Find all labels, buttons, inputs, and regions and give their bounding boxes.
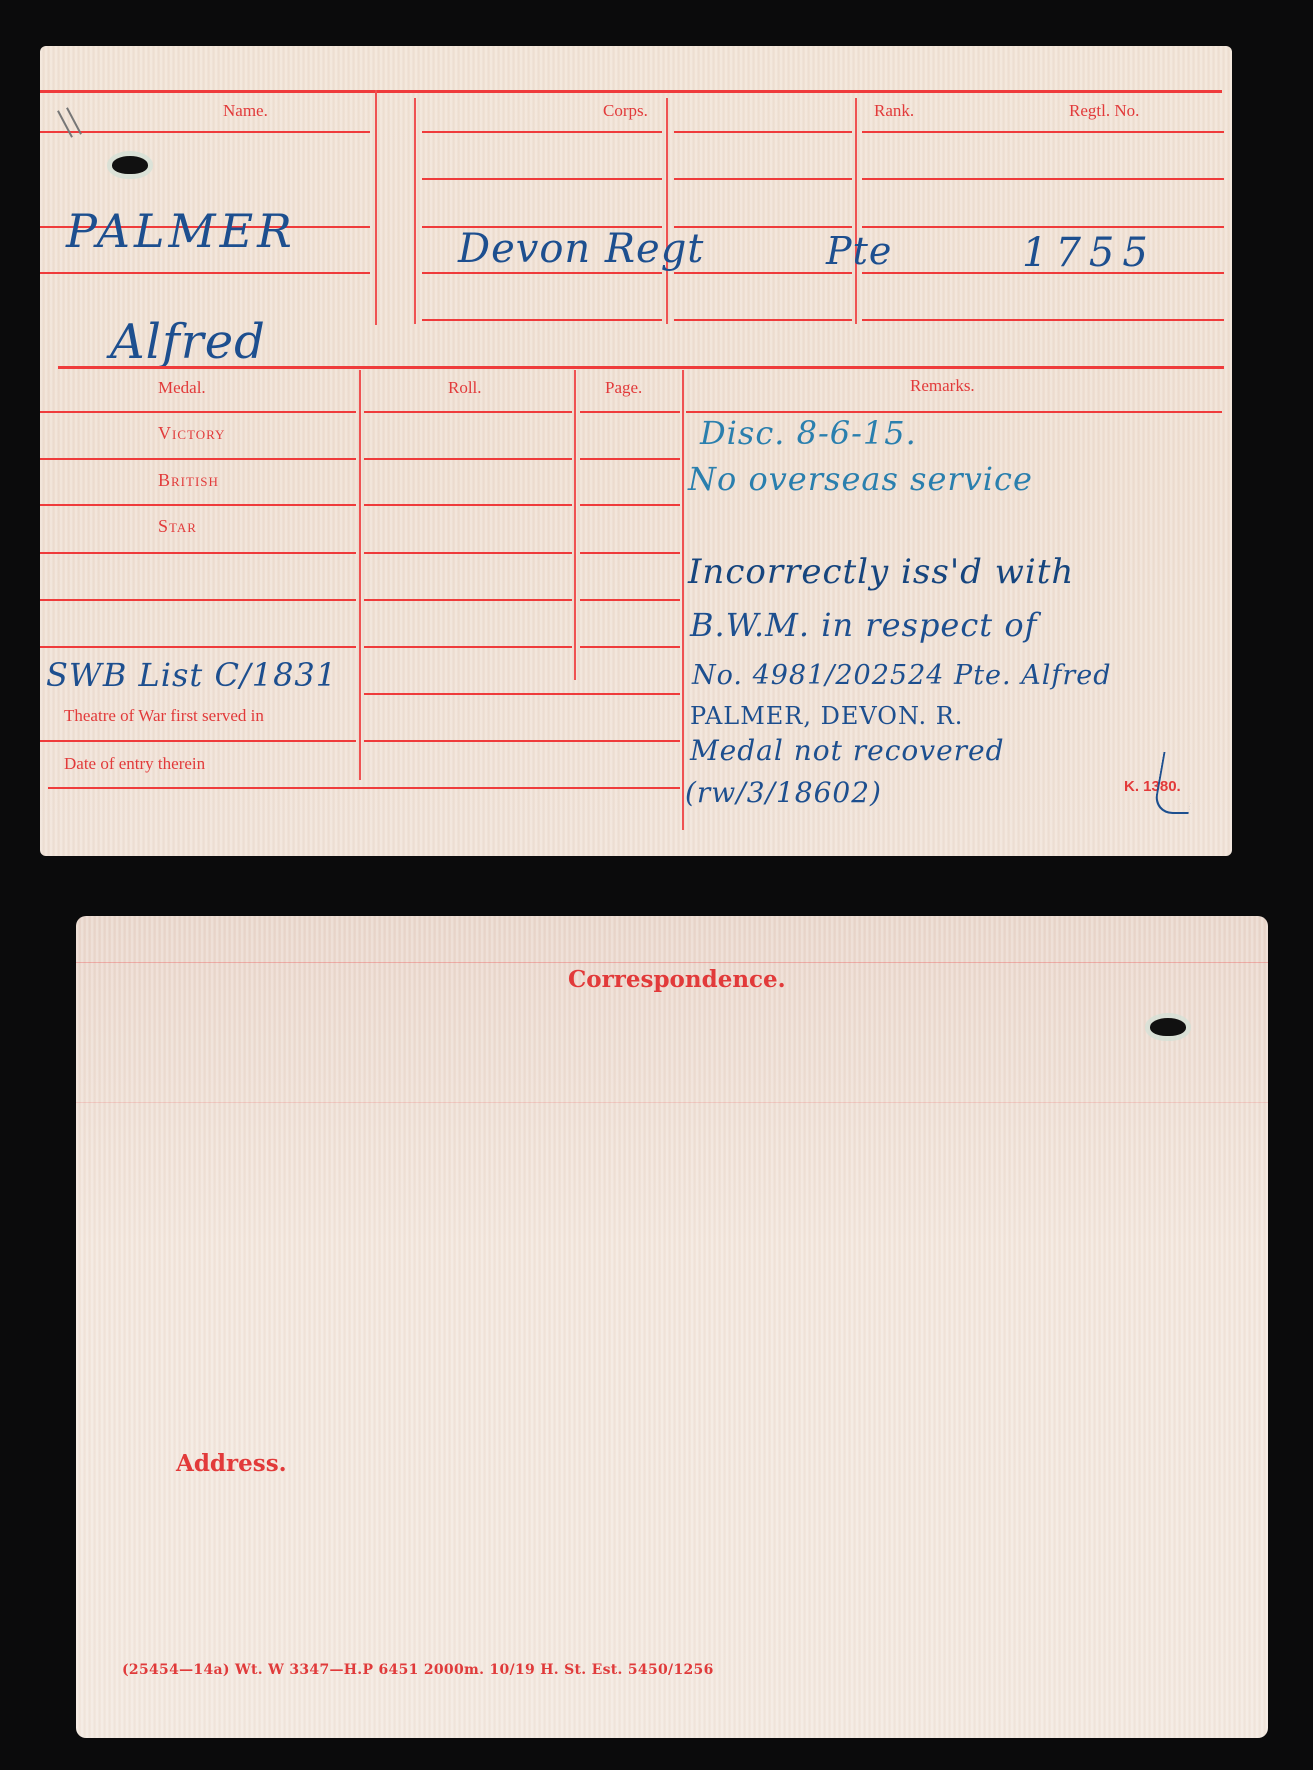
theatre-label: Theatre of War first served in [64, 706, 264, 726]
medal-label: Medal. [158, 378, 206, 398]
rank-label: Rank. [874, 101, 914, 121]
divider [375, 90, 377, 325]
regt-no-label: Regtl. No. [1069, 101, 1139, 121]
medal-british: British [158, 470, 219, 491]
remarks-line-1: Disc. 8-6-15. [700, 414, 917, 452]
date-entry-label: Date of entry therein [64, 754, 205, 774]
medal-card-back: Correspondence. Address. (25454—14a) Wt.… [76, 916, 1268, 1738]
rank-divider [666, 98, 668, 324]
remarks-line-5: No. 4981/202524 Pte. Alfred [692, 660, 1112, 691]
medal-victory: Victory [158, 423, 225, 444]
top-rule [40, 90, 1222, 93]
remarks-line-2: No overseas service [688, 460, 1033, 498]
remarks-label: Remarks. [910, 376, 975, 396]
initials-signature [1153, 752, 1200, 814]
corps-entry: Devon Regt [458, 226, 704, 272]
roll-label: Roll. [448, 378, 482, 398]
corps-label: Corps. [603, 101, 648, 121]
regt-divider [855, 98, 857, 324]
page-label: Page. [605, 378, 642, 398]
address-label: Address. [176, 1450, 287, 1477]
rank-entry: Pte [826, 229, 892, 273]
punch-hole-back [1150, 1018, 1186, 1036]
remarks-line-6: PALMER, DEVON. R. [690, 702, 963, 730]
medal-star: Star [158, 516, 197, 537]
medal-card-front: Name. Corps. Rank. Regtl. No. PALMER Alf… [40, 46, 1232, 856]
remarks-line-8: (rw/3/18602) [685, 776, 882, 809]
remarks-line-4: B.W.M. in respect of [690, 606, 1037, 644]
list-reference-entry: SWB List C/1831 [46, 656, 337, 694]
corps-divider [414, 98, 416, 324]
name-label: Name. [223, 101, 268, 121]
remarks-line-3: Incorrectly iss'd with [688, 552, 1074, 592]
forename-entry: Alfred [110, 314, 266, 370]
medal-section-rule [58, 366, 1224, 369]
correspondence-title: Correspondence. [568, 966, 786, 993]
remarks-line-7: Medal not recovered [690, 734, 1005, 767]
surname-entry: PALMER [66, 204, 296, 258]
regt-no-entry: 1755 [1022, 230, 1156, 276]
punch-hole [112, 156, 148, 174]
printer-footer: (25454—14a) Wt. W 3347—H.P 6451 2000m. 1… [122, 1662, 714, 1678]
